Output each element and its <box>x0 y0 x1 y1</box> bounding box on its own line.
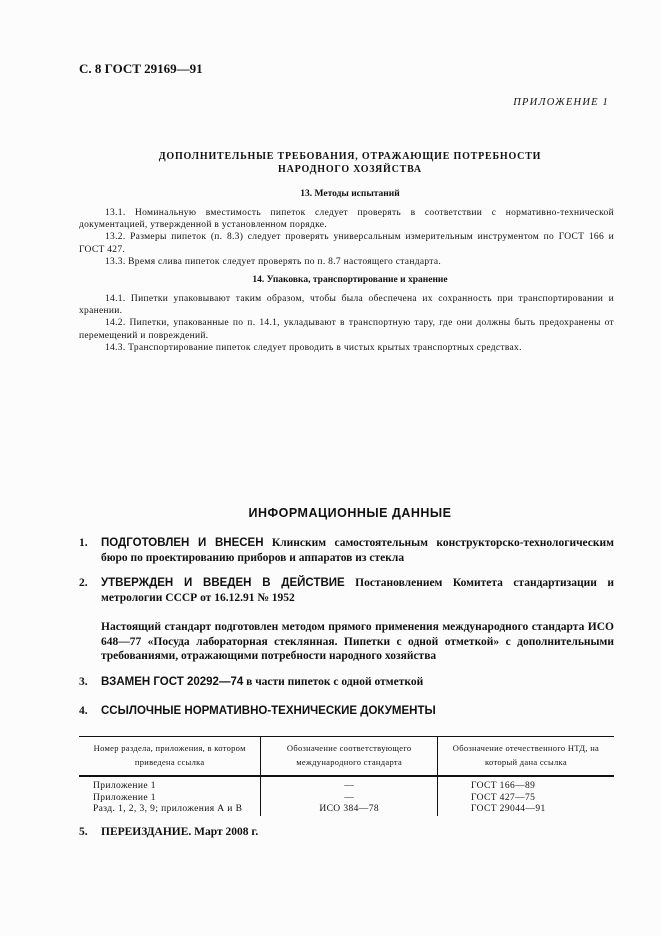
info-item-4: 4. ССЫЛОЧНЫЕ НОРМАТИВНО-ТЕХНИЧЕСКИЕ ДОКУ… <box>79 704 614 719</box>
table-row: Приложение 1 — ГОСТ 166—89 <box>79 776 614 793</box>
cell-international-standard: ИСО 384—78 <box>261 804 438 816</box>
column-header-international-standard: Обозначение соответствующего международн… <box>261 737 438 777</box>
paragraph-13-2: 13.2. Размеры пипеток (п. 8.3) следует п… <box>79 231 614 255</box>
paragraph-13-3: 13.3. Время слива пипеток следует провер… <box>79 256 614 268</box>
section-14-body: 14.1. Пипетки упаковывают таким образом,… <box>79 293 614 354</box>
info-item-number: 5. <box>79 825 88 840</box>
appendix-title-line-1: ДОПОЛНИТЕЛЬНЫЕ ТРЕБОВАНИЯ, ОТРАЖАЮЩИЕ ПО… <box>60 150 640 163</box>
iso-note: Настоящий стандарт подготовлен методом п… <box>101 620 614 664</box>
appendix-label: ПРИЛОЖЕНИЕ 1 <box>513 97 609 108</box>
column-header-national-document: Обозначение отечественного НТД, на котор… <box>437 737 614 777</box>
info-item-number: 2. <box>79 576 88 591</box>
appendix-title-line-2: НАРОДНОГО ХОЗЯЙСТВА <box>60 163 640 176</box>
info-item-lead: ПОДГОТОВЛЕН И ВНЕСЕН <box>101 537 264 549</box>
info-title: ИНФОРМАЦИОННЫЕ ДАННЫЕ <box>60 506 640 520</box>
cell-international-standard: — <box>261 776 438 793</box>
appendix-title: ДОПОЛНИТЕЛЬНЫЕ ТРЕБОВАНИЯ, ОТРАЖАЮЩИЕ ПО… <box>60 150 640 176</box>
paragraph-14-1: 14.1. Пипетки упаковывают таким образом,… <box>79 293 614 317</box>
document-page: С. 8 ГОСТ 29169—91 ПРИЛОЖЕНИЕ 1 ДОПОЛНИТ… <box>0 0 661 936</box>
info-item-number: 4. <box>79 704 88 719</box>
cell-national-document: ГОСТ 29044—91 <box>437 804 614 816</box>
info-item-5: 5. ПЕРЕИЗДАНИЕ. Март 2008 г. <box>79 825 614 840</box>
paragraph-14-3: 14.3. Транспортирование пипеток следует … <box>79 342 614 354</box>
references-table: Номер раздела, приложения, в котором при… <box>79 736 614 816</box>
cell-section: Разд. 1, 2, 3, 9; приложения А и В <box>79 804 261 816</box>
column-header-section: Номер раздела, приложения, в котором при… <box>79 737 261 777</box>
info-item-2: 2. УТВЕРЖДЕН И ВВЕДЕН В ДЕЙСТВИЕ Постано… <box>79 576 614 605</box>
section-14-heading: 14. Упаковка, транспортирование и хранен… <box>60 275 640 285</box>
info-item-number: 3. <box>79 675 88 690</box>
cell-section: Приложение 1 <box>79 776 261 793</box>
cell-national-document: ГОСТ 427—75 <box>437 793 614 805</box>
cell-national-document: ГОСТ 166—89 <box>437 776 614 793</box>
info-item-text: Март 2008 г. <box>191 826 258 838</box>
info-item-lead: УТВЕРЖДЕН И ВВЕДЕН В ДЕЙСТВИЕ <box>101 577 345 589</box>
info-item-text: в части пипеток с одной отметкой <box>243 676 423 688</box>
page-header: С. 8 ГОСТ 29169—91 <box>79 61 203 77</box>
cell-section: Приложение 1 <box>79 793 261 805</box>
paragraph-14-2: 14.2. Пипетки, упакованные по п. 14.1, у… <box>79 317 614 341</box>
info-item-lead: ПЕРЕИЗДАНИЕ. <box>101 826 191 838</box>
table-row: Разд. 1, 2, 3, 9; приложения А и В ИСО 3… <box>79 804 614 816</box>
info-item-lead: ВЗАМЕН ГОСТ 20292—74 <box>101 676 243 688</box>
info-item-3: 3. ВЗАМЕН ГОСТ 20292—74 в части пипеток … <box>79 675 614 690</box>
table-header-row: Номер раздела, приложения, в котором при… <box>79 737 614 777</box>
info-item-1: 1. ПОДГОТОВЛЕН И ВНЕСЕН Клинским самосто… <box>79 536 614 565</box>
cell-international-standard: — <box>261 793 438 805</box>
section-13-heading: 13. Методы испытаний <box>60 189 640 199</box>
paragraph-13-1: 13.1. Номинальную вместимость пипеток сл… <box>79 207 614 231</box>
section-13-body: 13.1. Номинальную вместимость пипеток сл… <box>79 207 614 268</box>
info-item-number: 1. <box>79 536 88 551</box>
info-item-lead: ССЫЛОЧНЫЕ НОРМАТИВНО-ТЕХНИЧЕСКИЕ ДОКУМЕН… <box>101 705 436 717</box>
table-row: Приложение 1 — ГОСТ 427—75 <box>79 793 614 805</box>
